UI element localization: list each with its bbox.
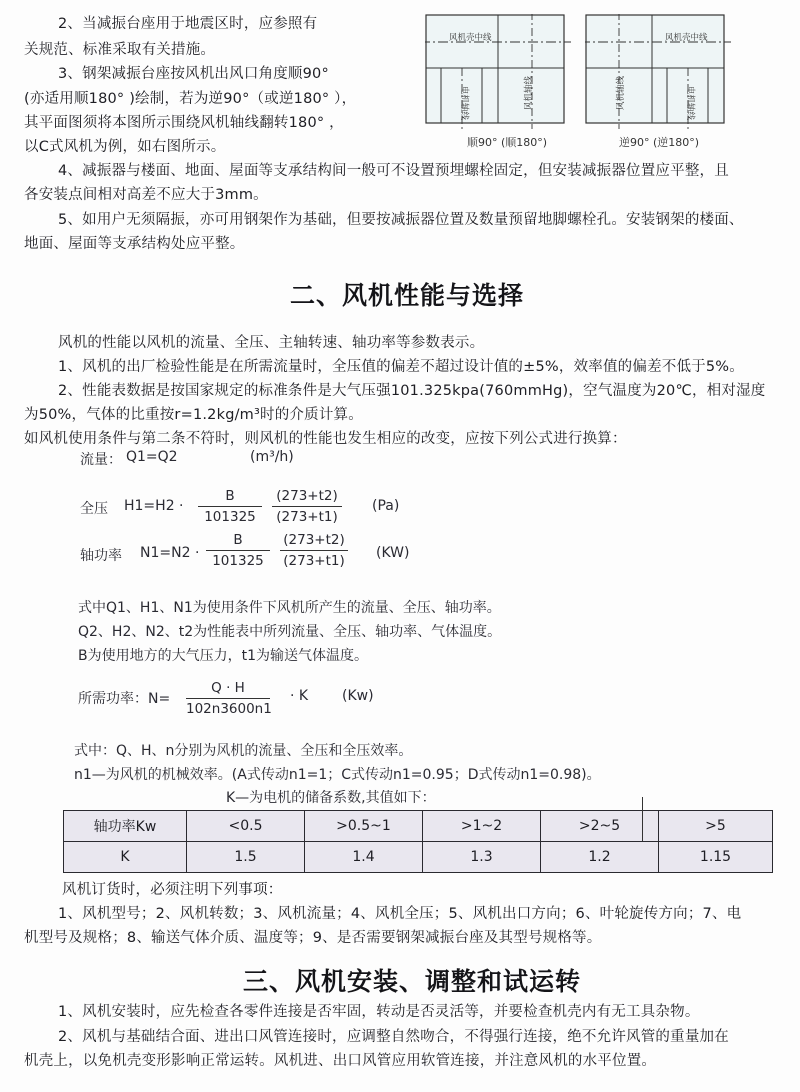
para2-line2: 关规范、标准采取有关措施。: [24, 40, 215, 60]
numerator: Q · H: [186, 678, 270, 698]
section2-title: 二、风机性能与选择: [290, 276, 524, 312]
formula-pressure-expr: H1=H2 ·: [124, 498, 184, 514]
formula-power-unit: (KW): [376, 545, 409, 561]
fan-axis-label: 风机轴线: [614, 76, 626, 110]
formula-pressure-unit: (Pa): [372, 498, 399, 514]
numerator: (273+t2): [272, 486, 342, 506]
para3-line2: (亦适用顺180° )绘制，若为逆90°（或逆180° ），: [24, 89, 356, 109]
numerator: B: [206, 530, 270, 550]
table-cell: <0.5: [187, 811, 305, 842]
formula-flow-unit: (m³/h): [250, 449, 294, 465]
order-line1: 1、风机型号；2、风机转数；3、风机流量；4、风机全压；5、风机出口方向；6、叶…: [58, 904, 741, 924]
where-line4: 式中：Q、H、n分别为风机的流量、全压和全压效率。: [74, 740, 412, 760]
para5-line2: 地面、屋面等支承结构处应平整。: [24, 234, 245, 254]
fraction-temperature: (273+t2) (273+t1): [280, 530, 348, 571]
para4-line2: 各安装点间相对高差不应大于3mm。: [24, 185, 268, 205]
k-coefficient-table: 轴功率Kw <0.5 >0.5~1 >1~2 >2~5 >5 K 1.5 1.4…: [63, 810, 773, 873]
para3-line3: 其平面图须将本图所示围绕风机轴线翻转180° ，: [24, 113, 344, 133]
where-line2: Q2、H2、N2、t2为性能表中所列流量、全压、轴功率、气体温度。: [78, 621, 501, 641]
numerator: (273+t2): [280, 530, 348, 550]
section3-item2-line1: 2、风机与基础结合面、进出口风管连接时，应调整自然吻合，不得强行连接，绝不允许风…: [58, 1027, 729, 1047]
section3-title: 三、风机安装、调整和试运转: [243, 962, 581, 998]
formula-pressure-label: 全压: [80, 498, 108, 518]
table-cell: K: [64, 842, 187, 873]
section2-item1: 1、风机的出厂检验性能是在所需流量时，全压值的偏差不超过设计值的±5%，效率值的…: [58, 357, 744, 377]
required-power-tail: · K: [290, 688, 308, 704]
where-line3: B为使用地方的大气压力，t1为输送气体温度。: [78, 645, 368, 665]
denominator: (273+t1): [272, 507, 342, 527]
table-header-row: 轴功率Kw <0.5 >0.5~1 >1~2 >2~5 >5: [64, 811, 773, 842]
conversion-note: 如风机使用条件与第二条不符时，则风机的性能也发生相应的改变，应按下列公式进行换算…: [24, 429, 627, 449]
formula-flow-expr: Q1=Q2: [126, 449, 178, 465]
para3-line1: 3、钢架减振台座按风机出风口角度顺90°: [58, 64, 329, 84]
fraction-b-over-atm: B 101325: [206, 530, 270, 571]
where-line5: n1—为风机的机械效率。(A式传动n1=1；C式传动n1=0.95；D式传动n1…: [74, 764, 601, 784]
order-line2: 机型号及规格；8、输送气体介质、温度等；9、是否需要钢架减振台座及其型号规格等。: [24, 928, 601, 948]
table-cell: 轴功率Kw: [64, 811, 187, 842]
required-power-label: 所需功率：N=: [78, 688, 170, 708]
denominator: 102n3600n1: [186, 699, 270, 719]
section2-intro: 风机的性能以风机的流量、全压、主轴转速、轴功率等参数表示。: [58, 333, 484, 353]
motor-axis-label: 电机轴线: [459, 86, 471, 120]
fan-axis-label: 风机轴线: [522, 76, 534, 110]
diagram-caption: 顺90° (顺180°): [467, 134, 547, 150]
section2-item2-line1: 2、性能表数据是按国家规定的标准条件是大气压强101.325kpa(760mmH…: [58, 381, 765, 401]
table-row: K 1.5 1.4 1.3 1.2 1.15: [64, 842, 773, 873]
motor-axis-label: 电机轴线: [685, 86, 697, 120]
where-line1: 式中Q1、H1、N1为使用条件下风机所产生的流量、全压、轴功率。: [78, 597, 501, 617]
para3-line4: 以C式风机为例，如右图所示。: [24, 137, 225, 157]
diagram-caption: 逆90° (逆180°): [619, 134, 699, 150]
table-cell: 1.5: [187, 842, 305, 873]
para2-line1: 2、当减振台座用于地震区时，应参照有: [58, 14, 317, 34]
para4-line1: 4、减振器与楼面、地面、屋面等支承结构间一般可不设置预埋螺栓固定，但安装减振器位…: [58, 161, 729, 181]
section3-item1: 1、风机安装时，应先检查各零件连接是否牢固，转动是否灵活等，并要检查机壳内有无工…: [58, 1002, 700, 1022]
table-cell: 1.2: [541, 842, 659, 873]
section3-item2-line2: 机壳上，以免机壳变形影响正常运转。风机进、出口风管应用软管连接，并注意风机的水平…: [24, 1051, 656, 1071]
table-cell: >2~5: [541, 811, 659, 842]
table-cell: 1.15: [659, 842, 773, 873]
table-cell: >0.5~1: [305, 811, 423, 842]
table-cell: >1~2: [423, 811, 541, 842]
formula-power-expr: N1=N2 ·: [140, 545, 199, 561]
diagram-cw-90: 风机壳中线 电机轴线 风机轴线 顺90° (顺180°): [425, 14, 575, 150]
denominator: 101325: [206, 551, 270, 571]
numerator: B: [198, 486, 262, 506]
denominator: (273+t1): [280, 551, 348, 571]
stray-vertical-line: [642, 797, 643, 841]
para5-line1: 5、如用户无须隔振，亦可用钢架作为基础，但要按减振器位置及数量预留地脚螺栓孔。安…: [58, 210, 744, 230]
formula-power-label: 轴功率: [80, 545, 122, 565]
denominator: 101325: [198, 507, 262, 527]
fraction-b-over-atm: B 101325: [198, 486, 262, 527]
table-cell: 1.3: [423, 842, 541, 873]
order-note: 风机订货时，必须注明下列事项：: [62, 880, 283, 900]
k-table-caption: K—为电机的储备系数,其值如下：: [226, 787, 436, 807]
fraction-temperature: (273+t2) (273+t1): [272, 486, 342, 527]
centerline-label: 风机壳中线: [665, 31, 708, 43]
required-power-unit: (Kw): [342, 688, 374, 704]
fraction-required-power: Q · H 102n3600n1: [186, 678, 270, 719]
table-cell: 1.4: [305, 842, 423, 873]
table-cell: >5: [659, 811, 773, 842]
section2-item2-line2: 为50%，气体的比重按r=1.2kg/m³时的介质计算。: [24, 405, 363, 425]
formula-flow-label: 流量：: [80, 449, 122, 469]
centerline-label: 风机壳中线: [449, 31, 492, 43]
diagram-ccw-90: 风机壳中线 风机轴线 电机轴线 逆90° (逆180°): [585, 14, 740, 150]
